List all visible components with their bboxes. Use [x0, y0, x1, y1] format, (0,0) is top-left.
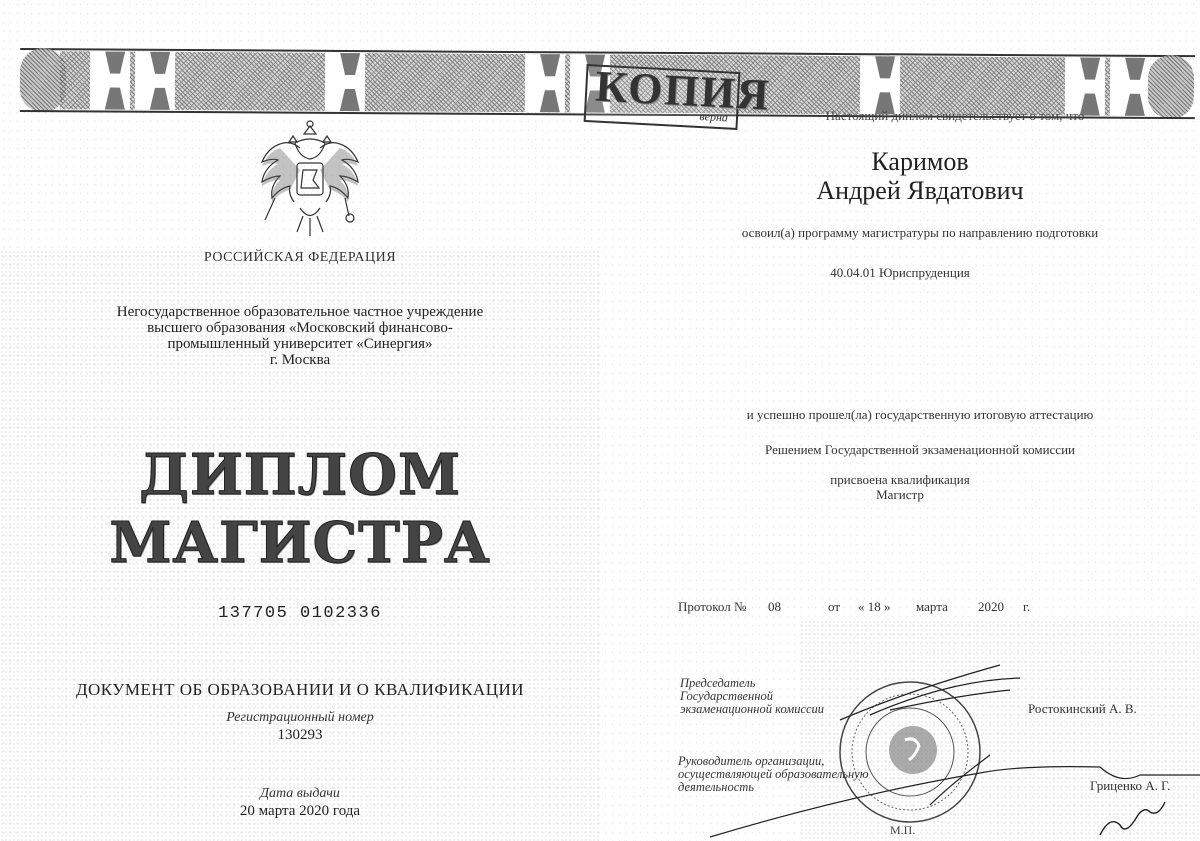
protocol-year-suffix: г. — [1023, 599, 1030, 615]
diploma-cover-page: РОССИЙСКАЯ ФЕДЕРАЦИЯ Негосударственное о… — [0, 0, 600, 841]
graduate-given-names: Андрей Явдатович — [620, 176, 1200, 206]
diploma-title-line1: ДИПЛОМ — [0, 442, 600, 508]
protocol-number: 08 — [768, 599, 828, 615]
protocol-label: Протокол № — [678, 599, 768, 615]
protocol-from: от — [828, 599, 858, 615]
diploma-details-page: Настоящий диплом свидетельствует о том, … — [600, 0, 1200, 841]
serial-number: 137705 0102336 — [0, 604, 600, 623]
protocol-line: Протокол № 08 от « 18 » марта 2020 г. — [678, 599, 1030, 615]
protocol-month: марта — [916, 599, 978, 615]
commission-decision-text: Решением Государственной экзаменационной… — [620, 442, 1200, 458]
institution-name: Негосударственное образовательное частно… — [0, 304, 600, 368]
attestation-text: и успешно прошел(ла) государственную ито… — [620, 407, 1200, 423]
intro-text: Настоящий диплом свидетельствует о том, … — [710, 108, 1200, 124]
issue-date: 20 марта 2020 года — [0, 803, 600, 820]
head-title: Руководитель организации, осуществляющей… — [678, 755, 869, 794]
registration-number: 130293 — [0, 727, 600, 744]
chair-name: Ростокинский А. В. — [1028, 701, 1137, 717]
chair-signature-icon — [830, 660, 1030, 730]
issue-date-label: Дата выдачи — [0, 786, 600, 802]
chair-title: Председатель Государственной экзаменацио… — [680, 677, 824, 716]
protocol-year: 2020 — [978, 599, 1023, 615]
head-name: Гриценко А. Г. — [1090, 778, 1170, 794]
graduate-surname: Каримов — [620, 147, 1200, 177]
seal-label: М.П. — [890, 823, 915, 838]
qualification: Магистр — [600, 487, 1200, 503]
program-code-name: 40.04.01 Юриспруденция — [600, 265, 1200, 281]
registration-number-label: Регистрационный номер — [0, 710, 600, 726]
diploma-title-line2: МАГИСТРА — [0, 510, 600, 576]
country-name: РОССИЙСКАЯ ФЕДЕРАЦИЯ — [0, 250, 600, 266]
qualification-awarded-text: присвоена квалификация — [600, 472, 1200, 488]
document-type: ДОКУМЕНТ ОБ ОБРАЗОВАНИИ И О КВАЛИФИКАЦИИ — [0, 680, 600, 700]
coat-of-arms-icon — [255, 118, 365, 243]
mastered-program-text: освоил(а) программу магистратуры по напр… — [620, 225, 1200, 241]
protocol-day: « 18 » — [858, 599, 916, 615]
